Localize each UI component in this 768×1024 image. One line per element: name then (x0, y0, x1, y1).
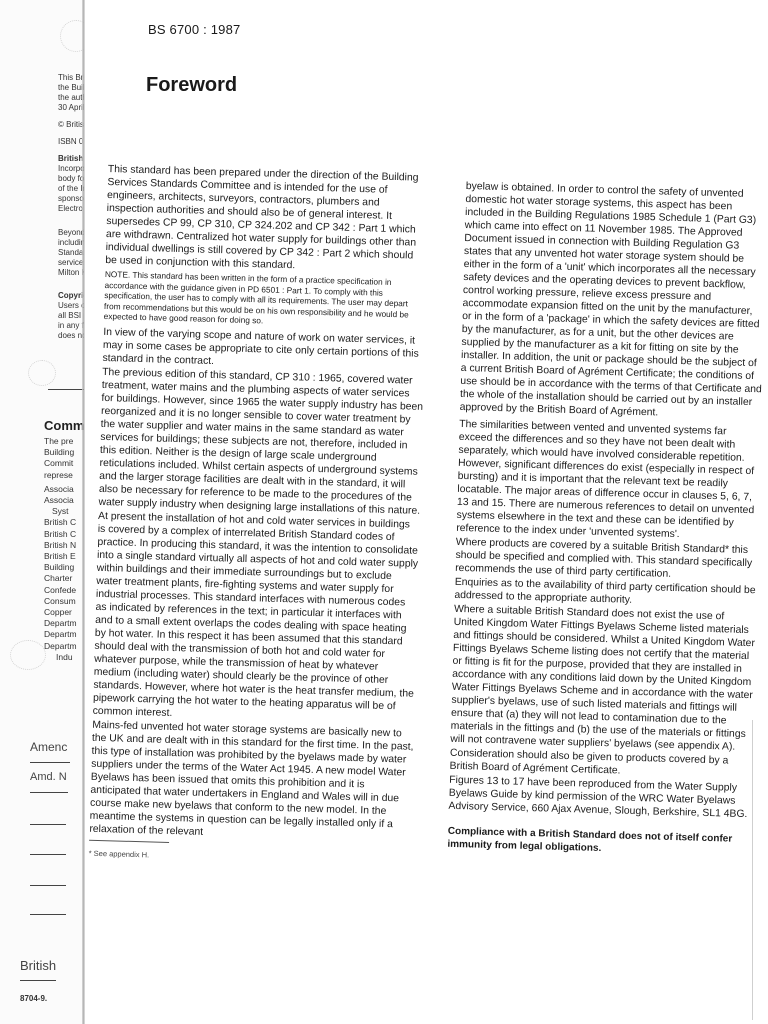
left-copyright-line: © Britis (58, 120, 84, 130)
paragraph: Mains-fed unvented hot water storage sys… (89, 719, 414, 845)
committee-line: Consum (44, 596, 84, 607)
isbn-text: ISBN 0 (58, 137, 84, 147)
left-intro-line: This Bri (58, 73, 84, 83)
compliance-notice: Compliance with a British Standard does … (447, 825, 750, 859)
left-beyond-line: includin (58, 238, 84, 248)
left-copyright-block-line: Copyrig (58, 291, 84, 301)
left-beyond-line: Milton K (58, 268, 84, 278)
scan-smudge (28, 360, 56, 386)
paragraph: The similarities between vented and unve… (456, 418, 761, 543)
british-rule (20, 980, 56, 981)
left-beyond-block: Beyond includin Standar services, Milton… (58, 228, 84, 278)
committee-line: Copper (44, 607, 84, 618)
footnote-divider (89, 840, 169, 843)
amendments-rule (30, 762, 70, 763)
right-text-column: byelaw is obtained. In order to control … (447, 180, 768, 860)
committee-line: British C (44, 529, 84, 540)
committees-heading: Comm (44, 418, 84, 433)
left-intro-line: the Buil (58, 83, 84, 93)
left-beyond-line: Standar (58, 248, 84, 258)
left-copyright-block-line: all BSI p (58, 311, 84, 321)
footnote: * See appendix H. (89, 847, 411, 869)
amendment-row-rule (30, 824, 66, 825)
committee-line: Building (44, 447, 84, 458)
committee-line: The pre (44, 436, 84, 447)
amendment-row-rule (30, 885, 66, 886)
left-divider (48, 389, 84, 390)
left-beyond-line: services, (58, 258, 84, 268)
left-intro-line: the auth (58, 93, 84, 103)
left-bsi-line: Electro (58, 204, 84, 214)
left-bsi-line: Incorpo (58, 164, 84, 174)
left-beyond-line: Beyond (58, 228, 84, 238)
committee-line: Commit (44, 458, 84, 469)
left-copyright-block: Copyrig Users of all BSI p in any fo doe… (58, 291, 84, 341)
paragraph: The previous edition of this standard, C… (98, 366, 424, 518)
committee-line: Charter (44, 573, 84, 584)
paragraph: This standard has been prepared under th… (105, 163, 430, 276)
left-intro-line: 30 April (58, 103, 84, 113)
left-bsi-line: sponsor (58, 194, 84, 204)
paragraph: At present the installation of hot and c… (93, 510, 421, 727)
left-intro-block: This Bri the Buil the auth 30 April (58, 73, 84, 113)
committee-line: Building (44, 562, 84, 573)
left-bsi-line: British S (58, 154, 84, 164)
page-right-edge (752, 720, 753, 1020)
left-bsi-line: of the Ir (58, 184, 84, 194)
committee-line: British E (44, 551, 84, 562)
page-title: Foreword (146, 74, 237, 97)
foreword-page: BS 6700 : 1987 Foreword This standard ha… (88, 0, 768, 1024)
left-underlying-page: This Bri the Buil the auth 30 April © Br… (0, 0, 84, 1024)
committee-line: Departm (44, 641, 84, 652)
copyright-text: © Britis (58, 120, 84, 130)
left-bsi-block: British S Incorpo body fo of the Ir spon… (58, 154, 84, 214)
paragraph: byelaw is obtained. In order to control … (459, 180, 767, 422)
committee-line: Associa (44, 484, 84, 495)
committee-line: Departm (44, 618, 84, 629)
left-text-column: This standard has been prepared under th… (89, 163, 430, 869)
scan-smudge (60, 20, 84, 52)
committee-line: Confede (44, 585, 84, 596)
paragraph: Where a suitable British Standard does n… (450, 603, 756, 754)
left-copyright-block-line: in any fo (58, 321, 84, 331)
left-bsi-line: body fo (58, 174, 84, 184)
standard-number: BS 6700 : 1987 (148, 22, 240, 37)
left-copyright-block-line: does no (58, 331, 84, 341)
practice-note: NOTE. This standard has been written in … (104, 269, 427, 331)
committee-line: Associa (44, 495, 84, 506)
amendment-row-rule (30, 854, 66, 855)
left-isbn-line: ISBN 0 (58, 137, 84, 147)
committee-line: Indu (44, 652, 84, 663)
committee-line: Departm (44, 629, 84, 640)
amendment-row-rule (30, 914, 66, 915)
committees-list: The pre Building Commit represe Associa … (44, 436, 84, 663)
amendment-row-rule (30, 792, 68, 793)
committee-line: Syst (44, 506, 84, 517)
paragraph: Figures 13 to 17 have been reproduced fr… (448, 774, 751, 821)
left-copyright-block-line: Users of (58, 301, 84, 311)
scan-smudge (10, 640, 46, 670)
amendments-heading: Amenc (30, 740, 84, 754)
amendment-number-label: Amd. N (30, 771, 84, 783)
document-code: 8704-9. (20, 994, 47, 1003)
committee-line: British N (44, 540, 84, 551)
page-fold-edge (82, 0, 85, 1024)
committee-line: represe (44, 470, 84, 481)
british-standard-label: British (20, 958, 56, 973)
committee-line: British C (44, 517, 84, 528)
